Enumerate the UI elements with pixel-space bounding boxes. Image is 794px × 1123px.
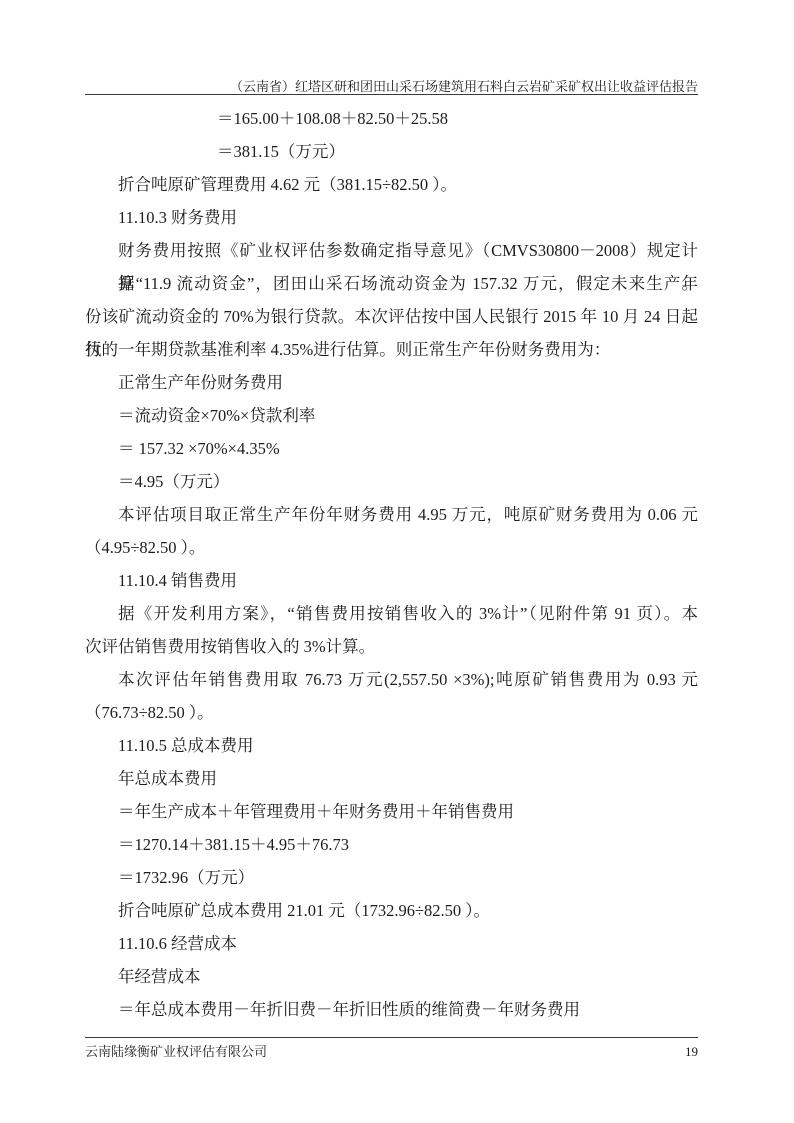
formula-line: ＝1732.96（万元）: [85, 861, 698, 894]
document-body: ＝165.00＋108.08＋82.50＋25.58 ＝381.15（万元） 折…: [85, 102, 698, 1026]
text-line: 年总成本费用: [85, 762, 698, 795]
header-rule: [85, 94, 698, 95]
text-line: （4.95÷82.50 ）。: [85, 531, 698, 564]
text-line: 年经营成本: [85, 960, 698, 993]
text-line: 财务费用按照《矿业权评估参数确定指导意见》（CMVS30800－2008）规定计…: [85, 234, 698, 267]
text-line: 本评估项目取正常生产年份年财务费用 4.95 万元，吨原矿财务费用为 0.06 …: [85, 498, 698, 531]
text-line: 折合吨原矿总成本费用 21.01 元（1732.96÷82.50 ）。: [85, 894, 698, 927]
text-line: 折合吨原矿管理费用 4.62 元（381.15÷82.50 ）。: [85, 168, 698, 201]
section-heading: 11.10.4 销售费用: [85, 564, 698, 597]
section-heading: 11.10.6 经营成本: [85, 927, 698, 960]
text-line: 次评估销售费用按销售收入的 3%计算。: [85, 630, 698, 663]
formula-line: ＝1270.14＋381.15＋4.95＋76.73: [85, 828, 698, 861]
formula-line: ＝年生产成本＋年管理费用＋年财务费用＋年销售费用: [85, 795, 698, 828]
text-line: 正常生产年份财务费用: [85, 366, 698, 399]
document-page: （云南省）红塔区研和团田山采石场建筑用石料白云岩矿采矿权出让收益评估报告 ＝16…: [0, 0, 794, 1123]
formula-line: ＝流动资金×70%×贷款利率: [85, 399, 698, 432]
footer-rule: [85, 1037, 698, 1038]
formula-line: ＝年总成本费用－年折旧费－年折旧性质的维简费－年财务费用: [85, 993, 698, 1026]
text-line: 行的一年期贷款基准利率 4.35%进行估算。则正常生产年份财务费用为：: [85, 333, 698, 366]
text-line: 份该矿流动资金的 70%为银行贷款。本次评估按中国人民银行 2015 年 10 …: [85, 300, 698, 333]
text-line: 据《开发利用方案》，“销售费用按销售收入的 3%计”（见附件第 91 页）。本: [85, 597, 698, 630]
section-heading: 11.10.5 总成本费用: [85, 729, 698, 762]
footer-page-number: 19: [685, 1044, 698, 1060]
formula-line: ＝ 157.32 ×70%×4.35%: [85, 432, 698, 465]
text-line: （76.73÷82.50 ）。: [85, 696, 698, 729]
formula-line: ＝165.00＋108.08＋82.50＋25.58: [85, 102, 698, 135]
page-footer: 云南陆缘衡矿业权评估有限公司 19: [85, 1041, 698, 1060]
report-header-title: （云南省）红塔区研和团田山采石场建筑用石料白云岩矿采矿权出让收益评估报告: [85, 76, 698, 95]
formula-line: ＝381.15（万元）: [85, 135, 698, 168]
section-heading: 11.10.3 财务费用: [85, 201, 698, 234]
text-line: 据“11.9 流动资金”，团田山采石场流动资金为 157.32 万元，假定未来生…: [85, 267, 698, 300]
formula-line: ＝4.95（万元）: [85, 465, 698, 498]
text-line: 本次评估年销售费用取 76.73 万元(2,557.50 ×3%);吨原矿销售费…: [85, 663, 698, 696]
footer-company-name: 云南陆缘衡矿业权评估有限公司: [85, 1041, 267, 1060]
